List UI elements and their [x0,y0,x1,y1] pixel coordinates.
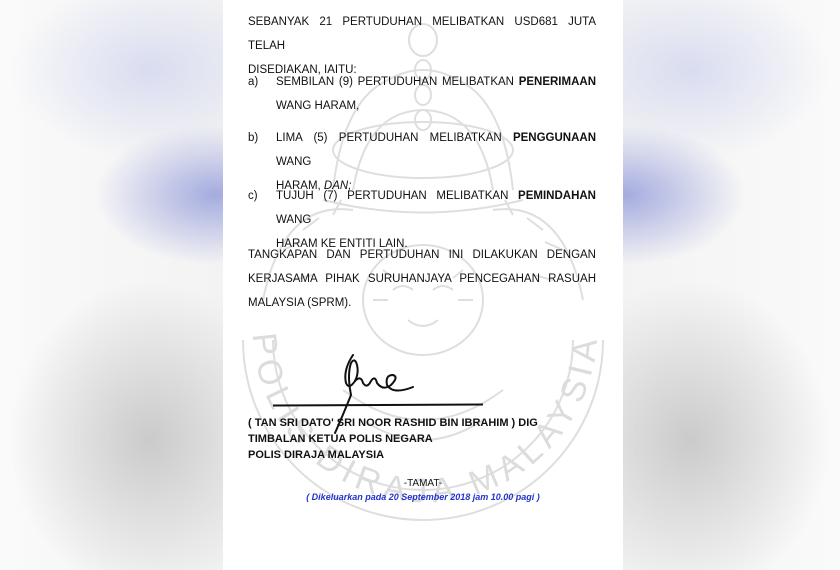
signatory-title: TIMBALAN KETUA POLIS NEGARA [248,432,433,447]
document-page: POLIS DIRAJA MALAYSIA SEBANYAK 21 PERTUD… [223,0,623,570]
closing-paragraph: TANGKAPAN DAN PERTUDUHAN INI DILAKUKAN D… [248,243,596,315]
signatory-name: ( TAN SRI DATO' SRI NOOR RASHID BIN IBRA… [248,416,538,431]
item-label: a) [248,70,258,94]
end-mark: -TAMAT- [223,478,623,489]
item-label: b) [248,126,258,150]
item-label: c) [248,184,258,208]
issued-note: ( Dikeluarkan pada 20 September 2018 jam… [223,492,623,502]
document-content: SEBANYAK 21 PERTUDUHAN MELIBATKAN USD681… [223,0,623,570]
signatory-organisation: POLIS DIRAJA MALAYSIA [248,448,384,463]
